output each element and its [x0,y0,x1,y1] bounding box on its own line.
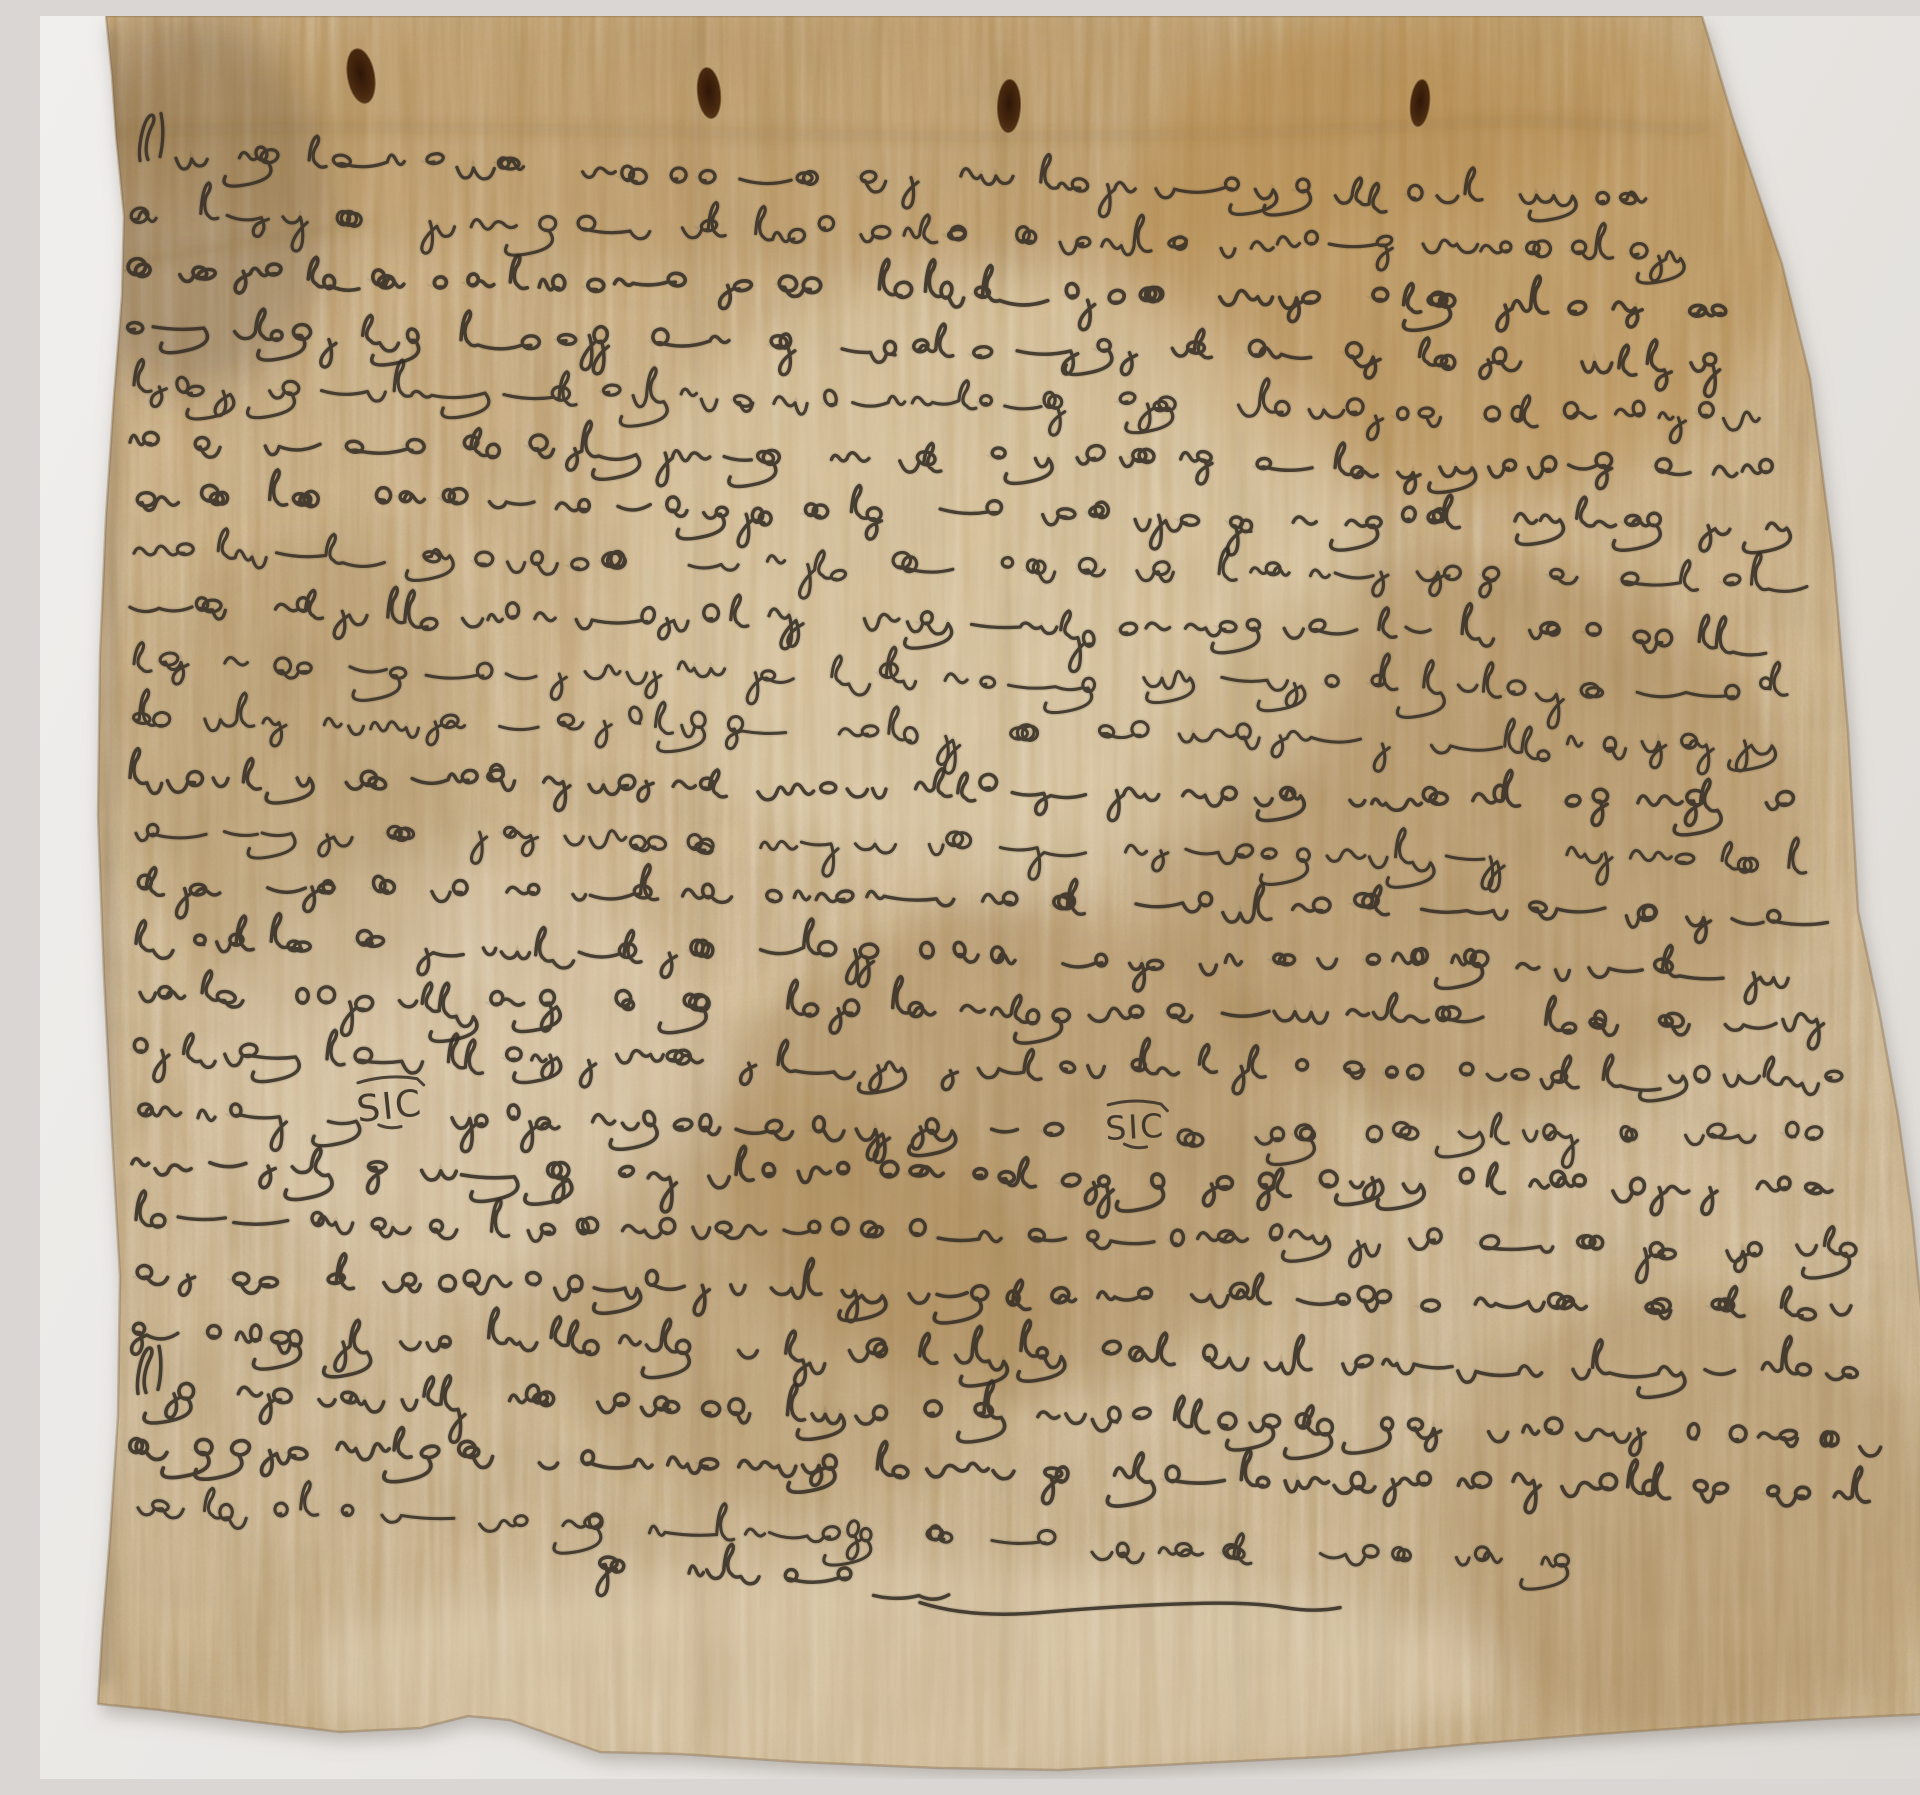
parchment-texture: SICSIC [40,16,1920,1779]
sic-mark-text: SIC [1104,1106,1166,1148]
sic-mark-text: SIC [354,1081,424,1131]
parchment-canvas: SICSIC [40,16,1920,1779]
manuscript-photo: SICSIC [40,16,1920,1779]
